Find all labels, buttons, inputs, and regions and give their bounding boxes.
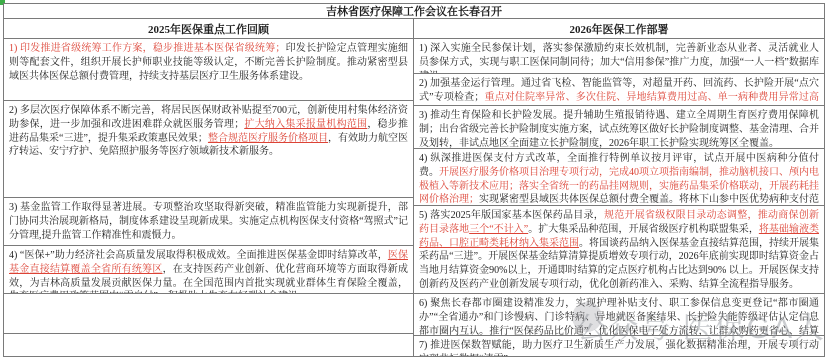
text-segment-normal: 6) 聚焦长春都市圈建设精准发力，实现护理补贴支付、职工参保信息变更登记“都市圈… [419, 298, 819, 336]
text-segment-normal: 3) 推动生育保险和长护险发展。提升辅助生殖报销待遇、建立全周期生育医疗费用保障… [419, 110, 819, 149]
text-segment-normal: 1) 深入实施全民参保计划，落实参保激励约束长效机制，完善新业态从业者、灵活就业… [419, 43, 819, 74]
plan-2026-item-2: 2) 加强基金运行管理。通过省飞检、智能监管等，对超量开药、回流药、长护险开展“… [414, 74, 824, 106]
text-segment-normal: 实现紧密型县域医共体医保总额付费全覆盖。将林下山参中医优势病种支付范围扩大至10… [419, 194, 819, 206]
column-header-2026-plan: 2026年医保工作部署 [414, 19, 824, 38]
table-body: 1) 印发推进省级统筹工作方案，稳步推进基本医保省级统筹；印发长护险定点管理实施… [4, 39, 824, 356]
column-2026-plan: 1) 深入实施全民参保计划，落实参保激励约束长效机制，完善新业态从业者、灵活就业… [414, 39, 824, 356]
plan-2026-item-5: 5) 落实2025年版国家基本医保药品目录，规范开展省级权限目录动态调整，推动商… [414, 206, 824, 294]
text-segment-normal: 。扩大集采品种范围，开展省级医疗机构联盟集采， [528, 224, 759, 235]
plan-2026-item-4: 4) 纵深推进医保支付方式改革，全面推行特例单议按月评审，试点开展中医病种分值付… [414, 149, 824, 206]
conference-summary-table: 吉林省医疗保障工作会议在长春召开 2025年医保重点工作回顾 2026年医保工作… [3, 3, 825, 357]
review-2025-item-1: 1) 印发推进省级统筹工作方案，稳步推进基本医保省级统筹；印发长护险定点管理实施… [4, 39, 413, 101]
table-title: 吉林省医疗保障工作会议在长春召开 [4, 4, 824, 19]
text-segment-normal: 3) 基金监管工作取得显著进展。专项整治攻坚取得新突破，精准监管能力实现新提升，… [9, 202, 408, 241]
text-segment-highlight: 整合规范医疗服务价格项目 [208, 133, 328, 144]
text-segment-normal: 7) 推进医保数智赋能，助力医疗卫生新质生产力发展，强化数据精准治理，开展专项行… [419, 340, 819, 356]
column-header-2025-review: 2025年医保重点工作回顾 [4, 19, 414, 38]
plan-2026-item-1: 1) 深入实施全民参保计划，落实参保激励约束长效机制，完善新业态从业者、灵活就业… [414, 39, 824, 74]
text-segment-highlight: 扩大纳入集采报量机构范围 [244, 119, 367, 130]
text-segment-highlight: 三个“不计入” [469, 224, 528, 235]
plan-2026-item-3: 3) 推动生育保险和长护险发展。提升辅助生殖报销待遇、建立全周期生育医疗费用保障… [414, 106, 824, 149]
text-segment-highlight: 1) 印发推进省级统筹工作方案，稳步推进基本医保省级统筹； [9, 43, 285, 54]
column-2025-review: 1) 印发推进省级统筹工作方案，稳步推进基本医保省级统筹；印发长护险定点管理实施… [4, 39, 414, 356]
plan-2026-item-6: 6) 聚焦长春都市圈建设精准发力，实现护理补贴支付、职工参保信息变更登记“都市圈… [414, 294, 824, 336]
review-2025-item-2: 2) 多层次医疗保障体系不断完善，将居民医保财政补贴提至700元，创新使用村集体… [4, 101, 413, 198]
review-2025-item-3: 3) 基金监管工作取得显著进展。专项整治攻坚取得新突破，精准监管能力实现新提升，… [4, 198, 413, 246]
review-2025-item-4: 4) “医保+”助力经济社会高质量发展取得积极成效。全面推进医保基金即时结算改革… [4, 246, 413, 294]
text-segment-normal: 4) “医保+”助力经济社会高质量发展取得积极成效。全面推进医保基金即时结算改革… [9, 250, 388, 261]
text-segment-normal: 5) 落实2025年版国家基本医保药品目录， [419, 210, 604, 221]
review-2025-item-6 [4, 334, 413, 356]
table-header-row: 2025年医保重点工作回顾 2026年医保工作部署 [4, 19, 824, 39]
review-2025-item-5 [4, 294, 413, 334]
plan-2026-item-7: 7) 推进医保数智赋能，助力医疗卫生新质生产力发展，强化数据精准治理，开展专项行… [414, 336, 824, 356]
